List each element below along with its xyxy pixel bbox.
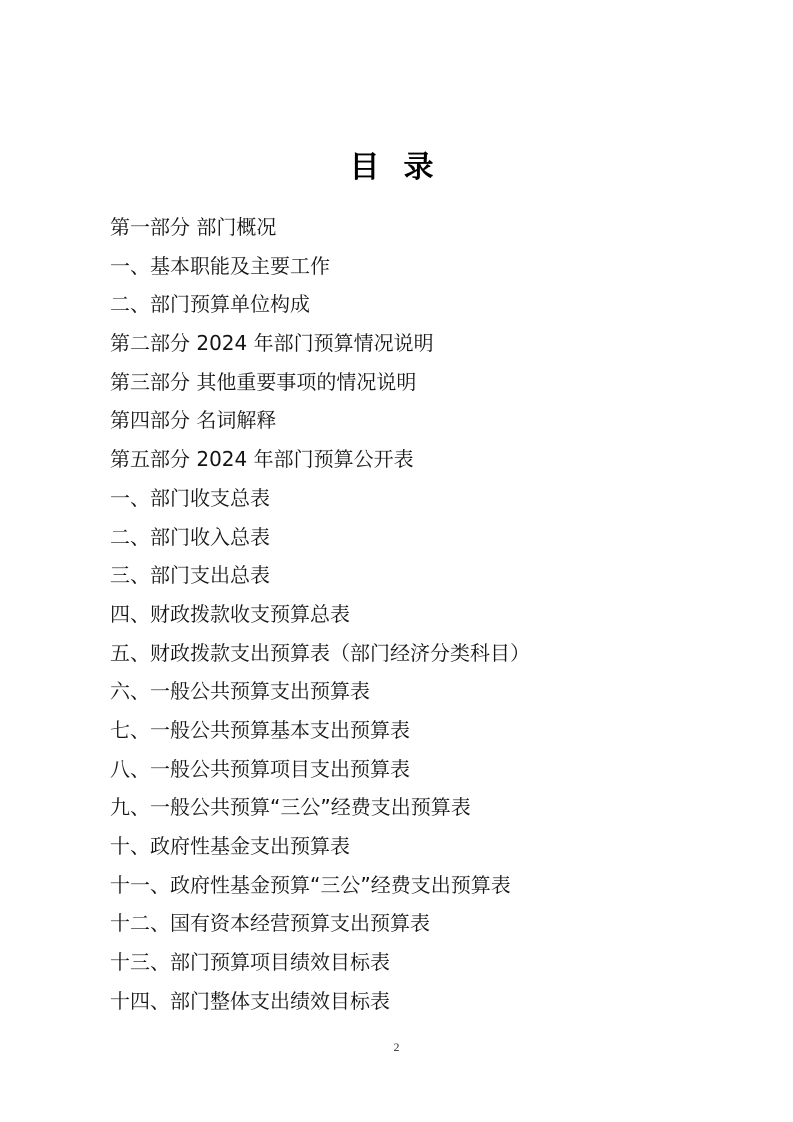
toc-part-5-budget-tables[interactable]: 第五部分 2024 年部门预算公开表 xyxy=(110,440,750,479)
toc-table-9-general-public-three-public-expenses[interactable]: 九、一般公共预算“三公”经费支出预算表 xyxy=(110,788,750,827)
toc-table-7-general-public-basic-expenditure[interactable]: 七、一般公共预算基本支出预算表 xyxy=(110,711,750,750)
toc-table-1-revenue-expenditure-summary[interactable]: 一、部门收支总表 xyxy=(110,479,750,518)
toc-part-1-department-overview[interactable]: 第一部分 部门概况 xyxy=(110,208,750,247)
toc-table-4-fiscal-appropriation-summary[interactable]: 四、财政拨款收支预算总表 xyxy=(110,595,750,634)
toc-budget-unit-composition[interactable]: 二、部门预算单位构成 xyxy=(110,285,750,324)
toc-table-3-expenditure-summary[interactable]: 三、部门支出总表 xyxy=(110,556,750,595)
toc-table-8-general-public-project-expenditure[interactable]: 八、一般公共预算项目支出预算表 xyxy=(110,750,750,789)
toc-table-5-fiscal-appropriation-expenditure[interactable]: 五、财政拨款支出预算表（部门经济分类科目） xyxy=(110,634,750,673)
toc-table-10-government-fund-expenditure[interactable]: 十、政府性基金支出预算表 xyxy=(110,827,750,866)
toc-table-11-government-fund-three-public-expenses[interactable]: 十一、政府性基金预算“三公”经费支出预算表 xyxy=(110,866,750,905)
toc-table-14-overall-performance-targets[interactable]: 十四、部门整体支出绩效目标表 xyxy=(110,982,750,1021)
toc-part-4-glossary[interactable]: 第四部分 名词解释 xyxy=(110,401,750,440)
toc-table-12-state-capital-expenditure[interactable]: 十二、国有资本经营预算支出预算表 xyxy=(110,904,750,943)
toc-table-6-general-public-budget-expenditure[interactable]: 六、一般公共预算支出预算表 xyxy=(110,672,750,711)
toc-table-13-project-performance-targets[interactable]: 十三、部门预算项目绩效目标表 xyxy=(110,943,750,982)
page-number: 2 xyxy=(0,1040,793,1055)
page-title: 目录 xyxy=(0,148,793,188)
table-of-contents: 第一部分 部门概况 一、基本职能及主要工作 二、部门预算单位构成 第二部分 20… xyxy=(110,208,750,1020)
toc-part-3-other-matters[interactable]: 第三部分 其他重要事项的情况说明 xyxy=(110,363,750,402)
toc-basic-functions-main-work[interactable]: 一、基本职能及主要工作 xyxy=(110,247,750,286)
toc-part-2-budget-explanation[interactable]: 第二部分 2024 年部门预算情况说明 xyxy=(110,324,750,363)
toc-table-2-revenue-summary[interactable]: 二、部门收入总表 xyxy=(110,518,750,557)
